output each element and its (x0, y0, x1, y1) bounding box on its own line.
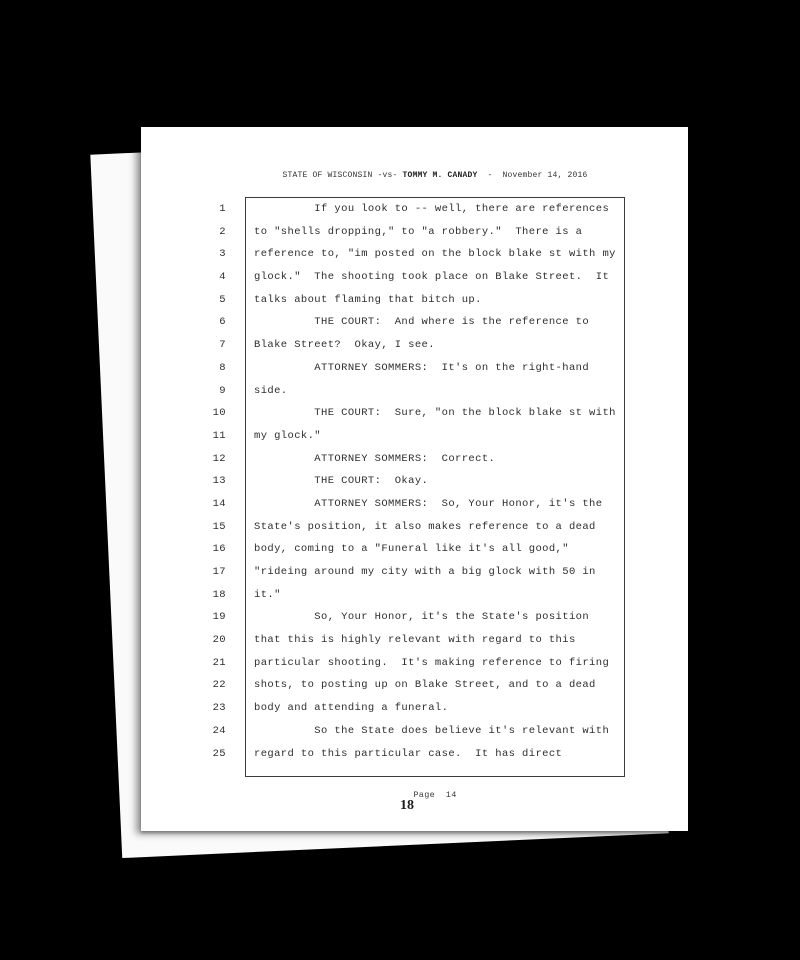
transcript-line: 25regard to this particular case. It has… (141, 748, 688, 771)
transcript-line: 12 ATTORNEY SOMMERS: Correct. (141, 453, 688, 476)
transcript-line: 1 If you look to -- well, there are refe… (141, 203, 688, 226)
line-number: 4 (141, 271, 226, 283)
transcript-line: 23body and attending a funeral. (141, 702, 688, 725)
line-text: body, coming to a "Funeral like it's all… (254, 543, 569, 555)
line-text: ATTORNEY SOMMERS: Correct. (254, 453, 495, 465)
line-text: ATTORNEY SOMMERS: It's on the right-hand (254, 362, 589, 374)
line-text: regard to this particular case. It has d… (254, 748, 562, 760)
line-text: ATTORNEY SOMMERS: So, Your Honor, it's t… (254, 498, 602, 510)
line-text: So the State does believe it's relevant … (254, 725, 609, 737)
line-number: 20 (141, 634, 226, 646)
transcript-line: 13 THE COURT: Okay. (141, 475, 688, 498)
transcript-line: 10 THE COURT: Sure, "on the block blake … (141, 407, 688, 430)
line-number: 22 (141, 679, 226, 691)
line-number: 16 (141, 543, 226, 555)
transcript-header: STATE OF WISCONSIN -vs- TOMMY M. CANADY … (245, 171, 625, 180)
line-text: reference to, "im posted on the block bl… (254, 248, 616, 260)
transcript-line: 11my glock." (141, 430, 688, 453)
line-number: 11 (141, 430, 226, 442)
transcript-line: 2to "shells dropping," to "a robbery." T… (141, 226, 688, 249)
line-number: 1 (141, 203, 226, 215)
line-number: 10 (141, 407, 226, 419)
line-text: State's position, it also makes referenc… (254, 521, 596, 533)
transcript-line: 5talks about flaming that bitch up. (141, 294, 688, 317)
line-text: THE COURT: And where is the reference to (254, 316, 589, 328)
line-text: my glock." (254, 430, 321, 442)
line-number: 13 (141, 475, 226, 487)
line-number: 18 (141, 589, 226, 601)
line-number: 24 (141, 725, 226, 737)
line-text: glock." The shooting took place on Blake… (254, 271, 609, 283)
line-text: body and attending a funeral. (254, 702, 448, 714)
line-text: talks about flaming that bitch up. (254, 294, 482, 306)
transcript-line: 16body, coming to a "Funeral like it's a… (141, 543, 688, 566)
header-date: - November 14, 2016 (478, 171, 588, 180)
transcript-line: 4glock." The shooting took place on Blak… (141, 271, 688, 294)
line-number: 8 (141, 362, 226, 374)
transcript-line: 8 ATTORNEY SOMMERS: It's on the right-ha… (141, 362, 688, 385)
line-number: 12 (141, 453, 226, 465)
line-number: 15 (141, 521, 226, 533)
line-number: 9 (141, 385, 226, 397)
header-case-left: STATE OF WISCONSIN -vs- (282, 171, 402, 180)
line-number: 25 (141, 748, 226, 760)
scanned-document-background: STATE OF WISCONSIN -vs- TOMMY M. CANADY … (0, 0, 800, 960)
header-case-name: TOMMY M. CANADY (402, 171, 477, 180)
line-text: particular shooting. It's making referen… (254, 657, 609, 669)
transcript-page: STATE OF WISCONSIN -vs- TOMMY M. CANADY … (141, 127, 688, 831)
transcript-line: 7Blake Street? Okay, I see. (141, 339, 688, 362)
transcript-line: 14 ATTORNEY SOMMERS: So, Your Honor, it'… (141, 498, 688, 521)
exhibit-page-number: 18 (141, 798, 673, 813)
line-text: THE COURT: Okay. (254, 475, 428, 487)
transcript-line: 9side. (141, 385, 688, 408)
line-number: 17 (141, 566, 226, 578)
line-number: 21 (141, 657, 226, 669)
line-text: side. (254, 385, 288, 397)
line-text: Blake Street? Okay, I see. (254, 339, 435, 351)
line-text: "rideing around my city with a big glock… (254, 566, 596, 578)
transcript-line: 18it." (141, 589, 688, 612)
transcript-line: 20that this is highly relevant with rega… (141, 634, 688, 657)
line-number: 3 (141, 248, 226, 260)
line-number: 7 (141, 339, 226, 351)
line-text: If you look to -- well, there are refere… (254, 203, 609, 215)
line-number: 6 (141, 316, 226, 328)
transcript-rows: 1 If you look to -- well, there are refe… (141, 203, 688, 770)
line-number: 19 (141, 611, 226, 623)
line-text: shots, to posting up on Blake Street, an… (254, 679, 596, 691)
transcript-line: 15State's position, it also makes refere… (141, 521, 688, 544)
transcript-line: 19 So, Your Honor, it's the State's posi… (141, 611, 688, 634)
transcript-line: 22shots, to posting up on Blake Street, … (141, 679, 688, 702)
line-text: that this is highly relevant with regard… (254, 634, 576, 646)
line-number: 5 (141, 294, 226, 306)
transcript-line: 3reference to, "im posted on the block b… (141, 248, 688, 271)
transcript-line: 21particular shooting. It's making refer… (141, 657, 688, 680)
line-text: to "shells dropping," to "a robbery." Th… (254, 226, 582, 238)
line-number: 2 (141, 226, 226, 238)
line-number: 14 (141, 498, 226, 510)
transcript-line: 17"rideing around my city with a big glo… (141, 566, 688, 589)
line-number: 23 (141, 702, 226, 714)
line-text: So, Your Honor, it's the State's positio… (254, 611, 589, 623)
transcript-line: 24 So the State does believe it's releva… (141, 725, 688, 748)
line-text: THE COURT: Sure, "on the block blake st … (254, 407, 616, 419)
transcript-line: 6 THE COURT: And where is the reference … (141, 316, 688, 339)
line-text: it." (254, 589, 281, 601)
